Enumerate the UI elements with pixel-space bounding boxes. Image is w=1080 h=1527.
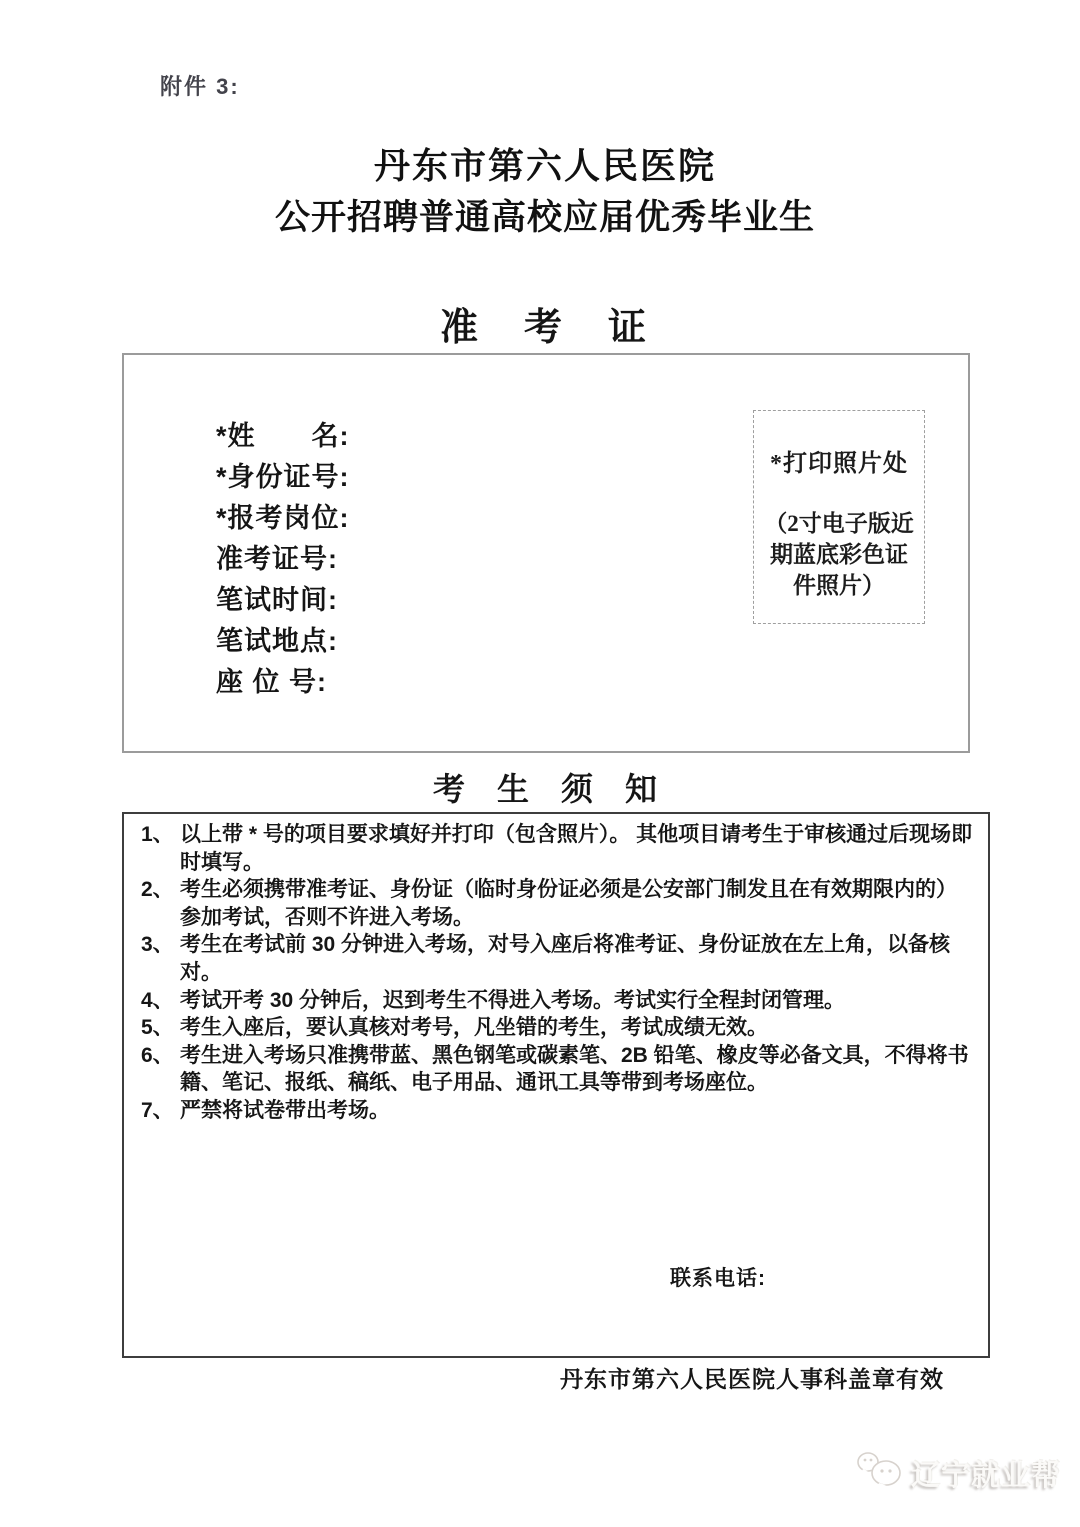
contact-phone-label: 联系电话: (670, 1262, 766, 1292)
notice-item-7-number: 7、 (141, 1097, 174, 1125)
stamp-validity-note: 丹东市第六人民医院人事科盖章有效 (560, 1361, 944, 1394)
notice-item-5-number: 5、 (141, 1014, 174, 1042)
notice-item-1-number: 1、 (141, 821, 174, 849)
field-name-label: *姓 名: (216, 421, 350, 451)
notice-item-7-text: 严禁将试卷带出考场。 (180, 1099, 390, 1122)
notice-title: 考 生 须 知 (0, 764, 1080, 810)
notice-list: 1、 以上带 * 号的项目要求填好并打印（包含照片）。 其他项目请考生于审核通过… (124, 814, 988, 1125)
notice-item-4-text: 考试开考 30 分钟后，迟到考生不得进入考场。考试实行全程封闭管理。 (180, 989, 845, 1012)
notice-item-3-text: 考生在考试前 30 分钟进入考场，对号入座后将准考证、身份证放在左上角，以备核对… (180, 933, 950, 984)
attachment-label: 附件 3: (160, 70, 240, 101)
field-id-number-label: *身份证号: (216, 462, 350, 492)
watermark-text: 辽宁就业帮 (911, 1453, 1061, 1494)
field-exam-time-label: 笔试时间: (216, 585, 338, 615)
notice-box: 1、 以上带 * 号的项目要求填好并打印（包含照片）。 其他项目请考生于审核通过… (122, 812, 990, 1358)
admission-ticket-document: 附件 3: 丹东市第六人民医院 公开招聘普通高校应届优秀毕业生 准 考 证 *姓… (0, 0, 1080, 1527)
notice-item-3-number: 3、 (141, 931, 174, 959)
notice-item-6: 6、 考生进入考场只准携带蓝、黑色钢笔或碳素笔、2B 铅笔、橡皮等必备文具，不得… (124, 1042, 974, 1097)
notice-item-6-text: 考生进入考场只准携带蓝、黑色钢笔或碳素笔、2B 铅笔、橡皮等必备文具，不得将书籍… (180, 1044, 969, 1095)
ticket-title: 准 考 证 (0, 296, 1080, 351)
notice-item-3: 3、 考生在考试前 30 分钟进入考场，对号入座后将准考证、身份证放在左上角，以… (124, 931, 974, 986)
notice-item-1: 1、 以上带 * 号的项目要求填好并打印（包含照片）。 其他项目请考生于审核通过… (124, 821, 974, 876)
document-title-recruitment: 公开招聘普通高校应届优秀毕业生 (0, 190, 1080, 240)
notice-item-2-number: 2、 (141, 876, 174, 904)
field-seat-number-label: 座 位 号: (216, 667, 327, 697)
candidate-fields: *姓 名: *身份证号: *报考岗位: 准考证号: 笔试时间: 笔试地点: 座 … (148, 375, 550, 662)
notice-item-2-text: 考生必须携带准考证、身份证（临时身份证必须是公安部门制发且在有效期限内的）参加考… (180, 878, 957, 929)
field-name: *姓 名: (148, 375, 550, 416)
notice-item-5-text: 考生入座后，要认真核对考号，凡坐错的考生，考试成绩无效。 (180, 1016, 768, 1039)
field-position-label: *报考岗位: (216, 503, 350, 533)
photo-placeholder-box: *打印照片处 （2寸电子版近期蓝底彩色证件照片） (753, 410, 925, 624)
document-title-hospital: 丹东市第六人民医院 (0, 138, 1080, 189)
notice-item-7: 7、 严禁将试卷带出考场。 (124, 1097, 974, 1125)
notice-item-4: 4、 考试开考 30 分钟后，迟到考生不得进入考场。考试实行全程封闭管理。 (124, 987, 974, 1015)
candidate-info-box: *姓 名: *身份证号: *报考岗位: 准考证号: 笔试时间: 笔试地点: 座 … (122, 353, 970, 753)
photo-placeholder-title: *打印照片处 (754, 443, 924, 478)
notice-item-2: 2、 考生必须携带准考证、身份证（临时身份证必须是公安部门制发且在有效期限内的）… (124, 876, 974, 931)
photo-placeholder-spec: （2寸电子版近期蓝底彩色证件照片） (762, 508, 916, 601)
notice-item-6-number: 6、 (141, 1042, 174, 1070)
field-ticket-number-label: 准考证号: (216, 544, 338, 574)
notice-item-4-number: 4、 (141, 987, 174, 1015)
notice-item-1-text: 以上带 * 号的项目要求填好并打印（包含照片）。 其他项目请考生于审核通过后现场… (180, 823, 972, 874)
notice-item-5: 5、 考生入座后，要认真核对考号，凡坐错的考生，考试成绩无效。 (124, 1014, 974, 1042)
wechat-chat-bubbles-icon (855, 1450, 905, 1497)
publisher-watermark: 辽宁就业帮 (855, 1450, 1061, 1497)
field-exam-location-label: 笔试地点: (216, 626, 338, 656)
